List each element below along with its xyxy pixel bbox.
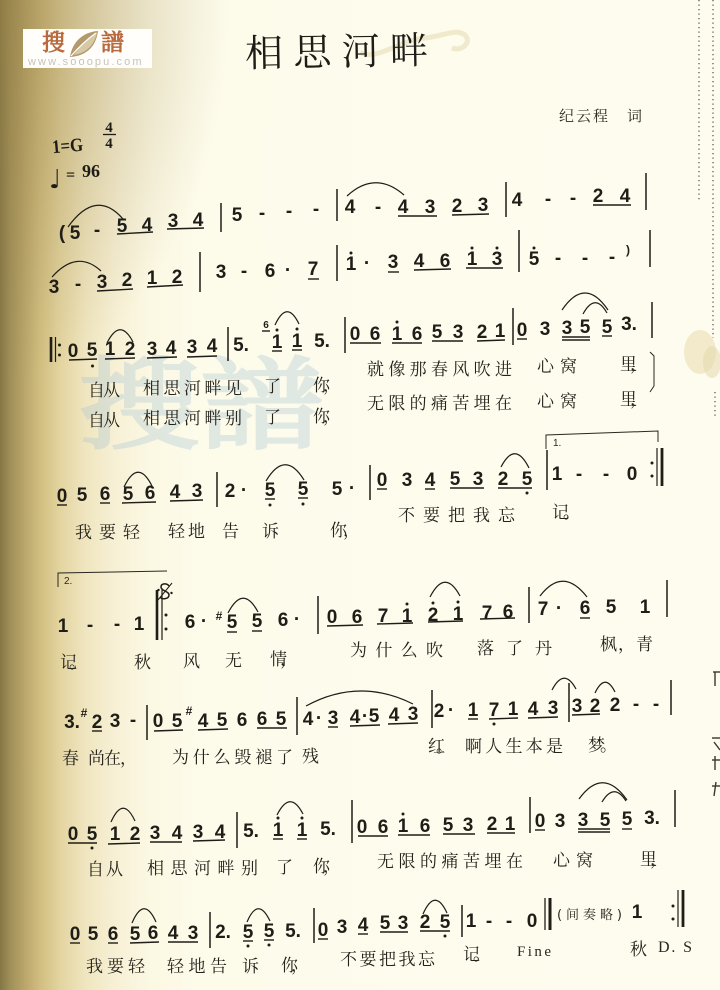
note: 2 — [452, 196, 463, 217]
note: 6 — [100, 484, 111, 505]
interlude-omitted-label: (间奏略) — [557, 907, 622, 923]
volta-second-ending: 2. — [58, 571, 167, 587]
lyric: 了 — [264, 377, 281, 397]
lyric: 里， — [640, 850, 667, 870]
note: 4 — [198, 711, 209, 732]
note: 5 — [522, 469, 533, 490]
sustain-dash: - — [609, 247, 615, 268]
augmentation-dot: · — [294, 609, 300, 630]
lyric: 心窝 — [537, 392, 577, 412]
lyric: 你， — [330, 521, 360, 541]
note: 0 — [327, 607, 338, 628]
note: 6 — [257, 709, 268, 730]
note: 6 — [278, 610, 289, 631]
score-page: 搜 譜 www.sooopu.com 搜譜 相思 — [0, 0, 720, 990]
note: 4 — [389, 705, 400, 726]
lyrics: 记。 秋 风 无 情， 为什么吹 落了丹 枫，青 — [60, 635, 653, 673]
note: 0 — [535, 811, 546, 832]
watermark: 搜譜 — [78, 346, 323, 464]
note: 3 — [453, 322, 464, 343]
note: 0 — [527, 911, 538, 932]
lyric: 落了丹 — [477, 639, 552, 659]
lyric: 诉 — [242, 957, 259, 977]
page-edge-fragments — [712, 672, 720, 796]
note: 3 — [110, 711, 121, 732]
note: 3. — [621, 314, 637, 335]
augmentation-dot: · — [349, 478, 355, 499]
note: 0 — [357, 817, 368, 838]
lyric: 秋 — [134, 653, 151, 673]
note: 2 — [487, 814, 498, 835]
note: 3 — [463, 815, 474, 836]
note: 6 — [237, 710, 248, 731]
lyric: 无限的痛苦埋在 — [377, 852, 523, 872]
note: 1 — [110, 824, 121, 845]
note: 5 — [87, 824, 98, 845]
note: 4 — [172, 823, 183, 844]
note: 4 — [170, 482, 181, 503]
note: 2 — [125, 339, 136, 360]
lyric: 不要把我忘 — [340, 950, 436, 970]
sustain-dash: - — [582, 248, 588, 269]
note: 5 — [600, 810, 611, 831]
note: 3. — [64, 712, 80, 733]
note: 2 — [130, 824, 141, 845]
note: 6 — [108, 924, 119, 945]
note: 2 — [593, 186, 604, 207]
note: 5. — [243, 821, 259, 842]
repeat-end — [672, 890, 684, 927]
lyric: 春 — [62, 749, 79, 769]
lyric: 就像那春风吹进 — [367, 360, 512, 380]
note: 1 — [105, 339, 116, 360]
note: 0 — [350, 324, 361, 345]
lyric: 轻地 — [168, 522, 205, 542]
note: 4 — [166, 338, 177, 359]
lyric: 告 — [222, 522, 239, 542]
note: 0 — [68, 824, 79, 845]
sustain-dash: - — [555, 248, 561, 269]
lyric: 你， — [313, 376, 340, 396]
note: 1 — [632, 902, 643, 923]
note: 3 — [540, 319, 551, 340]
slurs — [111, 783, 627, 822]
note: 5 — [130, 924, 141, 945]
note: 3 — [473, 469, 484, 490]
lyric: 里， — [620, 390, 647, 410]
note: 2 — [477, 322, 488, 343]
sustain-dash: - — [506, 911, 512, 932]
lyric: 自从 — [88, 411, 120, 431]
note: 2. — [215, 922, 231, 943]
augmentation-dot: · — [364, 253, 370, 274]
note: 4 — [512, 190, 523, 211]
note: 1 — [297, 820, 308, 841]
lyric: 你， — [313, 857, 340, 877]
repeat-end — [651, 448, 663, 486]
lyric: 了 — [264, 408, 281, 428]
lyric: 心窝 — [537, 357, 577, 377]
note: 0 — [627, 464, 638, 485]
sustain-dash: - — [87, 615, 93, 636]
note: 6 — [580, 598, 591, 619]
note: 5 — [243, 922, 254, 943]
sustain-dash: - — [633, 694, 639, 715]
note: 5 — [580, 317, 591, 338]
note: 2 — [420, 912, 431, 933]
note: 3 — [150, 823, 161, 844]
sustain-dash: - — [130, 710, 136, 731]
lyric: 相思河畔别 — [143, 409, 242, 429]
augmentation-dot: · — [285, 260, 291, 281]
note: 1 — [392, 324, 403, 345]
time-signature-top: 4 — [105, 120, 113, 136]
note: 4 — [207, 336, 218, 357]
note: 3 — [572, 696, 583, 717]
note: 5. — [285, 921, 301, 942]
note: 5 — [77, 485, 88, 506]
note: 1 — [346, 254, 357, 275]
song-title: 相思河畔 — [245, 28, 429, 75]
sustain-dash: - — [75, 274, 81, 295]
note: 6 — [185, 612, 196, 633]
note: 2 — [122, 270, 133, 291]
note: 5 — [440, 912, 451, 933]
lyric: 我要轻 — [86, 957, 146, 977]
note: 5 — [227, 612, 238, 633]
sustain-dash: - — [241, 261, 247, 282]
lyric: 里， — [620, 355, 647, 375]
note: 5 — [87, 340, 98, 361]
header: 相思河畔 纪云程 词 1=G 4 4 ♩ = 96 — [49, 28, 642, 195]
quarter-note-icon: ♩ — [49, 165, 61, 195]
note: 6 — [412, 324, 423, 345]
note: 3 — [555, 811, 566, 832]
note: 7 — [538, 599, 549, 620]
note: 4 — [620, 186, 631, 207]
note: 4 — [528, 699, 539, 720]
note: 6 — [420, 816, 431, 837]
note: 7 — [308, 259, 319, 280]
sustain-dash: - — [375, 197, 381, 218]
sustain-dash: - — [286, 201, 292, 222]
repeat-start — [157, 590, 168, 640]
note: 5. — [233, 335, 249, 356]
final-bar — [545, 898, 550, 930]
volta-first-ending: 1. — [546, 431, 658, 449]
score-row-6: 3. # 2 3 - 0 5 # 4 5 6 6 5 4 · 3 4 · 5 4… — [62, 678, 671, 769]
note: 5 — [252, 611, 263, 632]
lyric: 自从 — [88, 381, 120, 401]
note: 3 — [193, 822, 204, 843]
lyric: 我要轻 — [75, 523, 141, 543]
lyric: 红。 — [428, 737, 453, 757]
score-row-8: 0 5 6 5 6 4 3 2. 5 5 5. 0 3 4 5 3 2 5 1 … — [70, 890, 692, 977]
lyrics: 我要轻 轻地告 诉 你， 不要把我忘 记。 Fine 秋 D. S — [86, 939, 692, 977]
note: 5. — [320, 819, 336, 840]
beams — [70, 931, 450, 943]
note: 3 — [425, 197, 436, 218]
note: 3 — [578, 810, 589, 831]
lyric: 不要把我忘 — [398, 506, 516, 526]
note: 1 — [495, 321, 506, 342]
lyric: 梦。 — [588, 736, 617, 756]
lyric: 枫，青 — [600, 635, 653, 655]
lyric: 尚在， — [88, 749, 137, 769]
lyric: 相思河畔见 — [143, 379, 242, 399]
note: 1 — [467, 249, 478, 270]
key-signature: 1=G — [51, 135, 84, 159]
note: 5 — [450, 469, 461, 490]
note: 3. — [644, 808, 660, 829]
note: 0 — [153, 711, 164, 732]
score-row-7: 0 5 1 2 3 4 3 4 5. 1 1 5. 0 6 1 6 5 3 2 … — [68, 783, 675, 880]
dal-segno-marking: D. S — [658, 939, 692, 956]
note: 5 — [298, 479, 309, 500]
lyricist-name: 纪云程 — [559, 107, 608, 125]
note: 2 — [610, 695, 621, 716]
sustain-dash: - — [114, 614, 120, 635]
note: 3 — [216, 262, 227, 283]
grace-note: 6 — [263, 320, 269, 331]
note: 3 — [328, 708, 339, 729]
note: 5 — [265, 480, 276, 501]
lyrics: 春 尚在， 为什么毁褪了 残 红。 啊人生本是 梦。 — [62, 736, 617, 769]
note: 5 — [264, 921, 275, 942]
note: 1 — [640, 597, 651, 618]
score-sheet: 搜譜 相思河畔 纪云程 词 1=G 4 4 ♩ = 96 ( 5 - 5 4 3… — [0, 0, 720, 990]
note: 3 — [188, 923, 199, 944]
note: 2 — [434, 701, 445, 722]
note: 1 — [466, 911, 477, 932]
note: 1 — [272, 332, 283, 353]
note: 4 — [414, 251, 425, 272]
sharp-sign: # — [186, 704, 193, 718]
lyric: 你， — [313, 407, 340, 427]
augmentation-dot: · — [241, 480, 247, 501]
note: 3 — [187, 337, 198, 358]
note: 5 — [276, 709, 287, 730]
beams — [92, 714, 600, 731]
lyrics: 我要轻 轻地 告 诉 你， 不要把我忘 记。 — [75, 503, 580, 543]
sustain-dash: - — [94, 220, 100, 241]
lyric: 记。 — [552, 503, 580, 523]
note: 3 — [478, 195, 489, 216]
score-row-5: 2. 1 - - 1 6 · # 5 5 6 · 0 6 — [58, 571, 667, 673]
note: 5 — [443, 815, 454, 836]
note: 5 — [380, 913, 391, 934]
lyric: 啊人生本是 — [465, 737, 563, 757]
lyric: 为什么吹 — [350, 641, 443, 661]
lyric: 情， — [270, 650, 297, 670]
note: 1 — [468, 700, 479, 721]
note: 2 — [498, 469, 509, 490]
note: 3 — [49, 277, 60, 298]
sustain-dash: - — [259, 203, 265, 224]
note: 2 — [428, 605, 439, 626]
lyric: 为什么毁褪了 — [172, 748, 293, 768]
note: 3 — [562, 318, 573, 339]
lyric: 心窝 — [553, 851, 593, 871]
sharp-sign: # — [81, 706, 88, 720]
volta-label: 2. — [64, 576, 72, 587]
lyric: 残 — [302, 747, 319, 767]
augmentation-dot: · — [201, 611, 207, 632]
note: 0 — [318, 920, 329, 941]
note: 0 — [57, 486, 68, 507]
note: 6 — [503, 602, 514, 623]
note: 3 — [388, 252, 399, 273]
note: 3 — [337, 917, 348, 938]
note: 5 — [70, 223, 81, 244]
note: 5 — [332, 479, 343, 500]
lyric: 秋 — [630, 940, 647, 960]
note: 3 — [402, 470, 413, 491]
note: 1 — [398, 816, 409, 837]
sustain-dash: - — [603, 464, 609, 485]
volta-label: 1. — [553, 438, 561, 449]
note: 5 — [369, 706, 380, 727]
note: 3 — [548, 698, 559, 719]
note: 5 — [217, 710, 228, 731]
intro-bracket-close: ) — [626, 243, 630, 257]
score-row-2: 3 - 3 2 1 2 3 - 6 · 7 1 · 3 4 6 1 3 5 - … — [49, 230, 650, 298]
lyric: 无 — [225, 651, 242, 671]
note: 6 — [370, 324, 381, 345]
sustain-dash: - — [313, 199, 319, 220]
lyric: 记。 — [60, 653, 86, 673]
note: 5 — [606, 597, 617, 618]
note: 1 — [508, 699, 519, 720]
note: 2 — [92, 712, 103, 733]
lyric: 你， — [281, 956, 308, 976]
note: 7 — [482, 603, 493, 624]
sustain-dash: - — [570, 188, 576, 209]
note: 4 — [345, 197, 356, 218]
note: 1 — [273, 820, 284, 841]
repeat-start — [51, 337, 61, 362]
octave-dots — [493, 723, 496, 726]
note: 5 — [529, 249, 540, 270]
note: 5 — [232, 205, 243, 226]
note: 5 — [622, 809, 633, 830]
note: 1 — [505, 814, 516, 835]
fine-marking: Fine — [517, 944, 551, 960]
note: 4 — [168, 923, 179, 944]
note: 6 — [378, 817, 389, 838]
time-signature-bottom: 4 — [105, 136, 113, 152]
note: 4 — [358, 915, 369, 936]
note: 1 — [552, 464, 563, 485]
sustain-dash: - — [653, 694, 659, 715]
tempo-bpm: 96 — [82, 161, 100, 181]
intro-bracket-open: ( — [59, 223, 66, 244]
lyric: 了 — [276, 858, 293, 878]
lyric: 记。 — [463, 945, 490, 965]
sustain-dash: - — [486, 911, 492, 932]
note: 4 — [398, 197, 409, 218]
augmentation-dot: · — [448, 700, 454, 721]
note: 6 — [145, 483, 156, 504]
note: 2 — [225, 481, 236, 502]
verse-bracket — [650, 352, 654, 392]
augmentation-dot: · — [556, 598, 562, 619]
score-row-1: ( 5 - 5 4 3 4 5 - - - 4 - 4 3 2 3 4 - - … — [59, 173, 646, 244]
lyric: 诉 — [262, 522, 279, 542]
lyric: 无限的痛苦埋在 — [367, 394, 512, 414]
tempo-equals: = — [66, 167, 75, 184]
note: 3 — [398, 913, 409, 934]
note: 0 — [517, 320, 528, 341]
note: 0 — [377, 470, 388, 491]
lyricist-role: 词 — [627, 107, 642, 125]
note: 3 — [408, 704, 419, 725]
lyrics: 自从 相思河畔别 了 你， 无限的痛苦埋在 心窝 里， — [87, 850, 667, 880]
note: 1 — [134, 614, 145, 635]
note: 7 — [489, 700, 500, 721]
lyric: 风 — [183, 652, 200, 672]
note: 4 — [425, 470, 436, 491]
note: 4 — [350, 707, 361, 728]
note: 5. — [314, 331, 330, 352]
segno-icon — [157, 583, 172, 600]
note: 0 — [68, 341, 79, 362]
lyric: 相思河畔别 — [147, 859, 258, 879]
sustain-dash: - — [545, 189, 551, 210]
note: 1 — [292, 331, 303, 352]
augmentation-dot: · — [316, 708, 322, 729]
note: 0 — [70, 924, 81, 945]
note: 3 — [147, 339, 158, 360]
note: 5 — [432, 322, 443, 343]
note: 3 — [492, 249, 503, 270]
note: 5 — [172, 711, 183, 732]
note: 4 — [303, 709, 314, 730]
sharp-sign: # — [216, 609, 223, 623]
note: 6 — [265, 261, 276, 282]
augmentation-dot: · — [362, 706, 368, 727]
note: 1 — [58, 616, 69, 637]
note: 3 — [192, 481, 203, 502]
note: 5 — [602, 317, 613, 338]
note: 6 — [148, 923, 159, 944]
lyric: 自从 — [87, 860, 123, 880]
note: 5 — [88, 924, 99, 945]
sustain-dash: - — [576, 464, 582, 485]
lyric: 轻地告 — [167, 957, 227, 977]
